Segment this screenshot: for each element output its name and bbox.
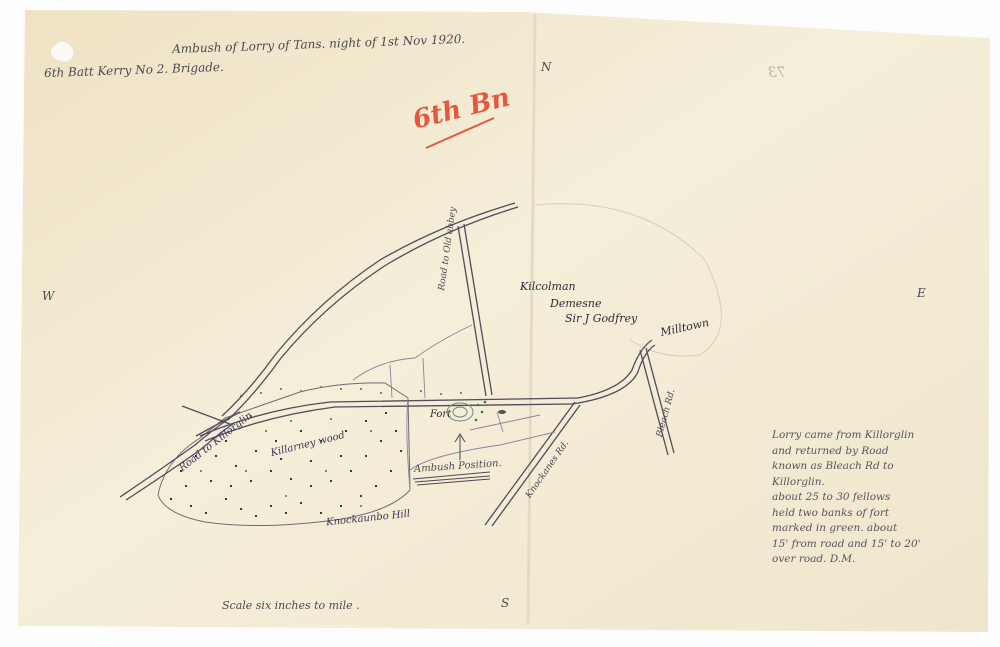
compass-south: S — [501, 597, 509, 609]
note-line: Killorglin. — [772, 475, 987, 491]
note-line: and returned by Road — [772, 444, 987, 460]
note-line: known as Bleach Rd to — [772, 459, 987, 475]
label-fort: Fort — [430, 410, 451, 420]
label-demesne: Demesne — [550, 298, 602, 309]
note-line: 15' from road and 15' to 20' — [772, 537, 987, 553]
scale-note: Scale six inches to mile . — [222, 600, 360, 611]
compass-east: E — [917, 287, 926, 299]
note-line: marked in green. about — [772, 521, 987, 537]
compass-west: W — [42, 290, 54, 302]
label-sir-j-godfrey: Sir J Godfrey — [565, 313, 637, 324]
ambush-notes: Lorry came from Killorglin and returned … — [772, 428, 987, 568]
note-line: over road. D.M. — [772, 552, 987, 568]
note-line: Lorry came from Killorglin — [772, 428, 987, 444]
page-number: 73 — [768, 66, 786, 80]
compass-north: N — [541, 61, 552, 73]
note-line: about 25 to 30 fellows — [772, 490, 987, 506]
note-line: held two banks of fort — [772, 506, 987, 522]
label-kilcolman: Kilcolman — [520, 281, 576, 292]
